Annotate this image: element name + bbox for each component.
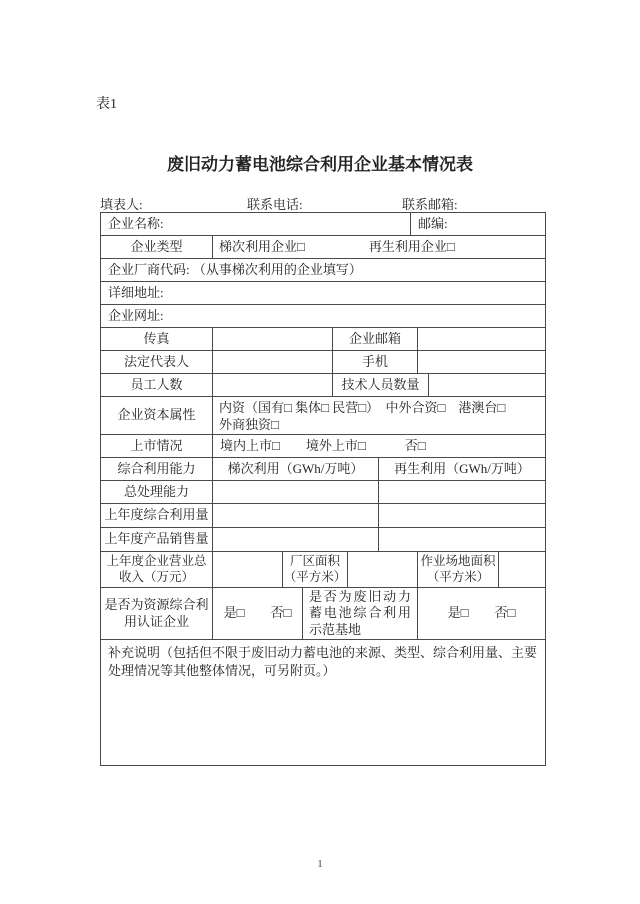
page-number: 1 — [0, 858, 640, 870]
revenue-label: 上年度企业营业总收入（万元） — [101, 552, 213, 588]
work-area-label: 作业场地面积（平方米） — [418, 552, 499, 588]
listing-label: 上市情况 — [101, 435, 213, 458]
type-tier-checkbox: 梯次利用企业□ — [219, 239, 305, 255]
fill-header: 填表人: 联系电话: 联系邮箱: — [100, 194, 545, 210]
row-listing: 上市情况 境内上市□ 境外上市□ 否□ — [101, 435, 546, 458]
capability-tier-header: 梯次利用（GWh/万吨） — [213, 458, 379, 481]
company-name-label: 企业名称: — [101, 213, 411, 236]
tech-staff-input-area — [429, 374, 546, 397]
mobile-label: 手机 — [333, 351, 418, 374]
company-type-label: 企业类型 — [101, 236, 213, 259]
row-address: 详细地址: — [101, 282, 546, 305]
row-last-year-sales: 上年度产品销售量 — [101, 528, 546, 552]
row-capability-headers: 综合利用能力 梯次利用（GWh/万吨） 再生利用（GWh/万吨） — [101, 458, 546, 481]
last-year-sales-label: 上年度产品销售量 — [101, 528, 213, 552]
company-type-options: 梯次利用企业□ 再生利用企业□ — [213, 236, 546, 259]
capital-label: 企业资本属性 — [101, 397, 213, 435]
capital-options: 内资（国有□ 集体□ 民营□） 中外合资□ 港澳台□ 外商独资□ — [213, 397, 546, 435]
fax-input-area — [213, 328, 333, 351]
demo-base-label: 是否为废旧动力蓄电池综合利用示范基地 — [303, 588, 418, 640]
capital-options-line2: 外商独资□ — [219, 416, 545, 433]
last-year-utilization-label: 上年度综合利用量 — [101, 504, 213, 528]
manufacturer-code-label: 企业厂商代码: （从事梯次利用的企业填写） — [101, 259, 546, 282]
last-year-sales-tier-input-area — [213, 528, 379, 552]
row-total-capacity: 总处理能力 — [101, 481, 546, 504]
postcode-label: 邮编: — [411, 213, 546, 236]
revenue-input-area — [213, 552, 283, 588]
demo-base-options: 是□ 否□ — [418, 588, 546, 640]
row-fax-email: 传真 企业邮箱 — [101, 328, 546, 351]
legal-rep-label: 法定代表人 — [101, 351, 213, 374]
row-company-name: 企业名称: 邮编: — [101, 213, 546, 236]
tech-staff-label: 技术人员数量 — [333, 374, 429, 397]
contact-phone-label: 联系电话: — [247, 194, 303, 213]
company-email-label: 企业邮箱 — [333, 328, 418, 351]
capability-label: 综合利用能力 — [101, 458, 213, 481]
employee-count-label: 员工人数 — [101, 374, 213, 397]
document-page: 表1 废旧动力蓄电池综合利用企业基本情况表 填表人: 联系电话: 联系邮箱: 企… — [0, 0, 640, 904]
cert-label: 是否为资源综合利用认证企业 — [101, 588, 213, 640]
type-recycle-checkbox: 再生利用企业□ — [369, 239, 455, 255]
doc-label: 表1 — [96, 93, 117, 113]
capital-options-line1: 内资（国有□ 集体□ 民营□） 中外合资□ 港澳台□ — [219, 399, 545, 416]
cert-options: 是□ 否□ — [213, 588, 303, 640]
total-capacity-tier-input-area — [213, 481, 379, 504]
website-label: 企业网址: — [101, 305, 546, 328]
last-year-utilization-recycle-input-area — [379, 504, 546, 528]
row-capital: 企业资本属性 内资（国有□ 集体□ 民营□） 中外合资□ 港澳台□ 外商独资□ — [101, 397, 546, 435]
row-certifications: 是否为资源综合利用认证企业 是□ 否□ 是否为废旧动力蓄电池综合利用示范基地 是… — [101, 588, 546, 640]
page-title: 废旧动力蓄电池综合利用企业基本情况表 — [0, 150, 640, 175]
row-company-type: 企业类型 梯次利用企业□ 再生利用企业□ — [101, 236, 546, 259]
form-table: 企业名称: 邮编: 企业类型 梯次利用企业□ 再生利用企业□ 企业厂商代码: （… — [100, 212, 546, 766]
row-website: 企业网址: — [101, 305, 546, 328]
row-manufacturer-code: 企业厂商代码: （从事梯次利用的企业填写） — [101, 259, 546, 282]
company-email-input-area — [418, 328, 546, 351]
capability-recycle-header: 再生利用（GWh/万吨） — [379, 458, 546, 481]
total-capacity-label: 总处理能力 — [101, 481, 213, 504]
contact-email-label: 联系邮箱: — [402, 194, 458, 213]
listing-options: 境内上市□ 境外上市□ 否□ — [213, 435, 546, 458]
factory-area-input-area — [348, 552, 418, 588]
factory-area-label: 厂区面积（平方米） — [283, 552, 348, 588]
employee-count-input-area — [213, 374, 333, 397]
notes-label: 补充说明（包括但不限于废旧动力蓄电池的来源、类型、综合利用量、主要处理情况等其他… — [101, 640, 546, 766]
last-year-sales-recycle-input-area — [379, 528, 546, 552]
last-year-utilization-tier-input-area — [213, 504, 379, 528]
row-legal-rep-mobile: 法定代表人 手机 — [101, 351, 546, 374]
mobile-input-area — [418, 351, 546, 374]
filler-label: 填表人: — [100, 194, 143, 213]
address-label: 详细地址: — [101, 282, 546, 305]
row-staff-counts: 员工人数 技术人员数量 — [101, 374, 546, 397]
row-notes: 补充说明（包括但不限于废旧动力蓄电池的来源、类型、综合利用量、主要处理情况等其他… — [101, 640, 546, 766]
legal-rep-input-area — [213, 351, 333, 374]
work-area-input-area — [499, 552, 546, 588]
row-last-year-utilization: 上年度综合利用量 — [101, 504, 546, 528]
fax-label: 传真 — [101, 328, 213, 351]
total-capacity-recycle-input-area — [379, 481, 546, 504]
row-revenue-areas: 上年度企业营业总收入（万元） 厂区面积（平方米） 作业场地面积（平方米） — [101, 552, 546, 588]
